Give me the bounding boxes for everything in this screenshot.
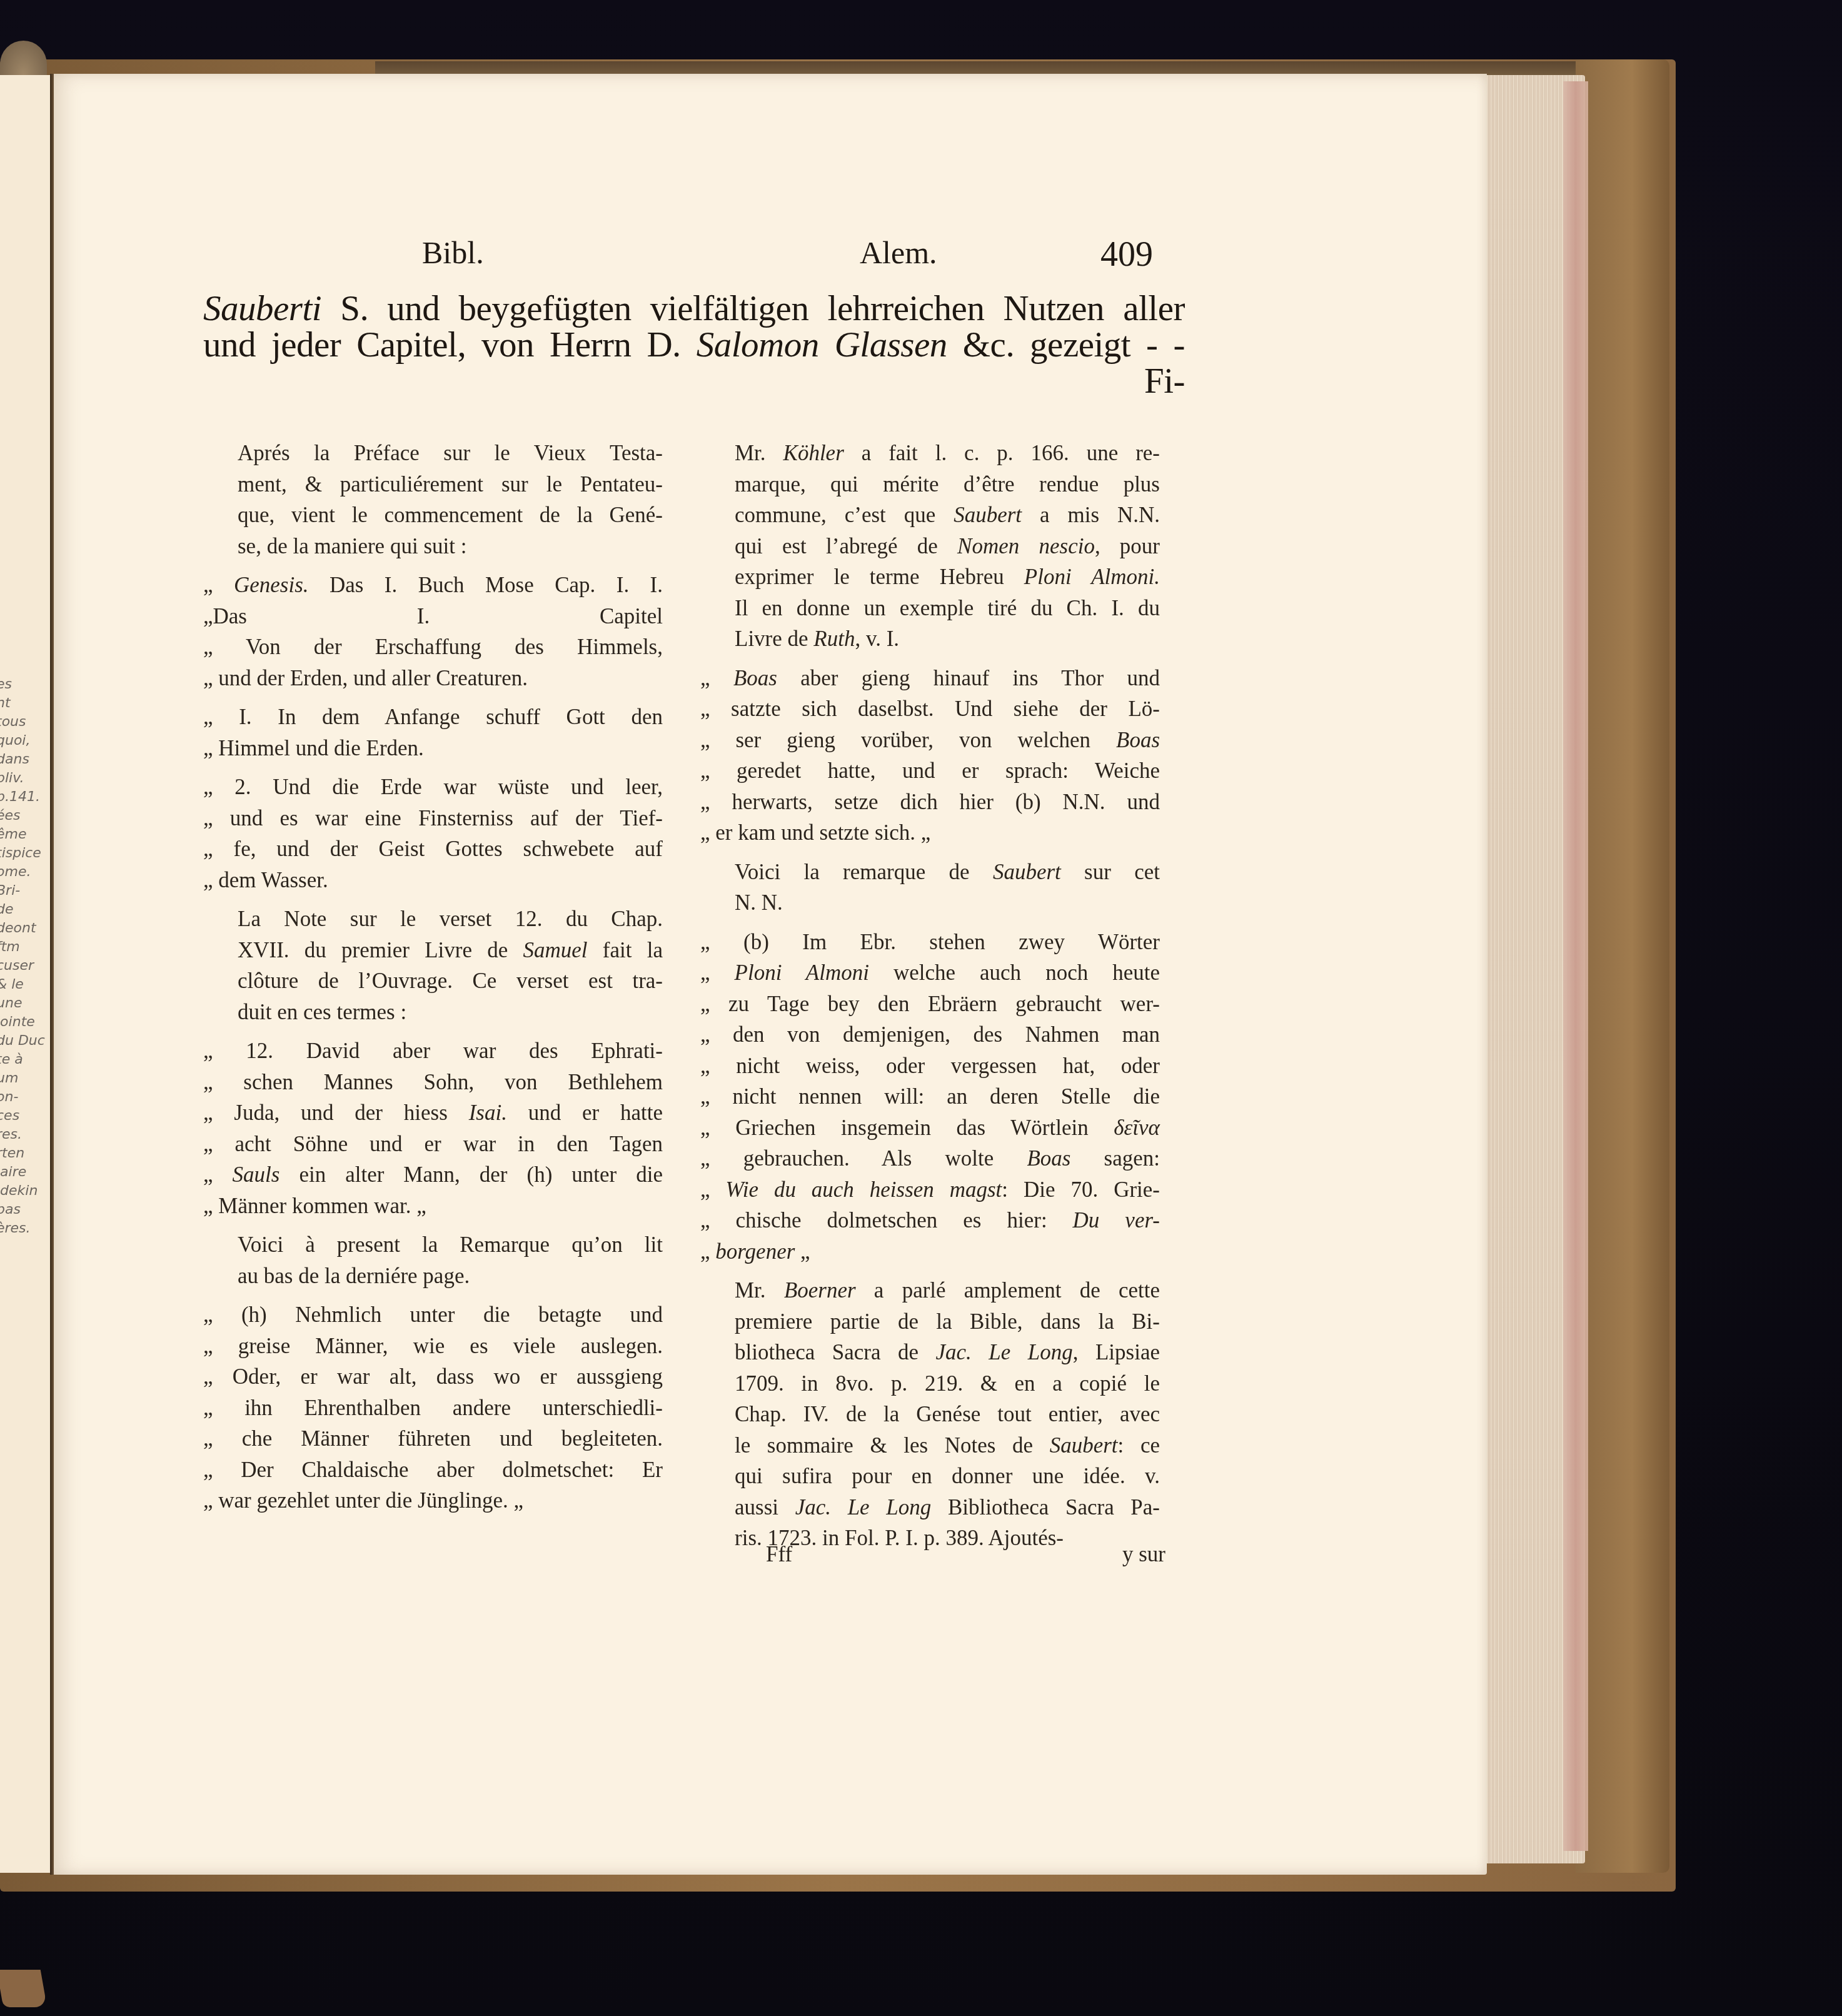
paragraph: Voici la remarque de Saubert sur cetN. N… <box>700 857 1160 919</box>
text-line: Mr. Boerner a parlé amplement de cette <box>700 1275 1160 1306</box>
title-continuation: Sauberti S. und beygefügten vielfältigen… <box>203 291 1185 400</box>
text-line: Mr. Köhler a fait l. c. p. 166. une re- <box>700 438 1160 469</box>
left-column: Aprés la Préface sur le Vieux Testa-ment… <box>203 438 663 1525</box>
text-span: „ Juda, und der hiess <box>203 1101 469 1125</box>
margin-note-line: laire <box>0 1163 50 1182</box>
text-line: Chap. IV. de la Genése tout entier, avec <box>700 1399 1160 1430</box>
text-span: a parlé amplement de cette <box>856 1278 1160 1303</box>
text-line: Aprés la Préface sur le Vieux Testa- <box>203 438 663 469</box>
text-span: „ <box>700 1177 725 1202</box>
text-line: „ Boas aber gieng hinauf ins Thor und <box>700 663 1160 694</box>
margin-note-line: de <box>0 900 50 919</box>
text-span: bliotheca Sacra de <box>735 1340 935 1364</box>
italic-term: Köhler <box>783 441 844 465</box>
text-span: commune, c’est que <box>735 503 954 527</box>
text-line: ment, & particuliérement sur le Pentateu… <box>203 469 663 500</box>
text-line: premiere partie de la Bible, dans la Bi- <box>700 1306 1160 1338</box>
italic-term: Boas <box>1027 1146 1070 1171</box>
italic-term: Jac. Le Long <box>795 1495 932 1520</box>
text-span: „ <box>700 666 733 690</box>
quotation-block: „ Genesis. Das I. Buch Mose Cap. I. I.„D… <box>203 570 663 693</box>
text-line: „ fe, und der Geist Gottes schwebete auf <box>203 834 663 865</box>
italic-term: Nomen nescio <box>957 534 1095 558</box>
text-span: , Lipsiae <box>1073 1340 1160 1364</box>
margin-note-line: tispice <box>0 844 50 863</box>
italic-term: Ploni Almoni <box>735 960 869 985</box>
text-line: commune, c’est que Saubert a mis N.N. <box>700 500 1160 531</box>
text-line: „ ihn Ehrenthalben andere unterschiedli- <box>203 1393 663 1424</box>
margin-note-line: jointe <box>0 1013 50 1032</box>
italic-term: Du ver- <box>1073 1208 1160 1232</box>
italic-term: Boas <box>733 666 777 690</box>
quotation-block: „ (b) Im Ebr. stehen zwey Wörter„ Ploni … <box>700 927 1160 1268</box>
italic-term: Sauls <box>233 1162 280 1187</box>
text-line: „ Griechen insgemein das Wörtlein δεῖνα <box>700 1112 1160 1144</box>
title-italic: Salomon Glassen <box>697 325 947 365</box>
text-line: „ Himmel und die Erden. <box>203 733 663 764</box>
text-span: : Die 70. Grie- <box>1002 1177 1160 1202</box>
text-span: und der Erden, und aller Creaturen. <box>213 666 528 690</box>
catchword: y sur <box>1122 1542 1165 1567</box>
text-line: le sommaire & les Notes de Saubert: ce <box>700 1430 1160 1461</box>
text-line: „ ser gieng vorüber, von welchen Boas <box>700 725 1160 756</box>
text-line: „ zu Tage bey den Ebräern gebraucht wer- <box>700 989 1160 1020</box>
text-span: Voici la remarque de <box>735 860 993 884</box>
title-text: &c. gezeigt - - <box>947 325 1185 365</box>
text-line: Voici la remarque de Saubert sur cet <box>700 857 1160 888</box>
text-span: „ <box>795 1239 810 1264</box>
text-line: marque, qui mérite d’être rendue plus <box>700 469 1160 500</box>
italic-term: δεῖνα <box>1114 1116 1160 1140</box>
text-span: ein alter Mann, der (h) unter die <box>279 1162 663 1187</box>
italic-term: Saubert <box>993 860 1061 884</box>
text-line: „ geredet hatte, und er sprach: Weiche <box>700 755 1160 787</box>
title-line-2: und jeder Capitel, von Herrn D. Salomon … <box>203 327 1185 363</box>
text-span: XVII. du premier Livre de <box>238 938 523 962</box>
text-span: „ <box>203 1162 233 1187</box>
text-line: „ Sauls ein alter Mann, der (h) unter di… <box>203 1159 663 1191</box>
text-line: „ che Männer führeten und begleiteten. <box>203 1423 663 1454</box>
text-line: „ gebrauchen. Als wolte Boas sagen: <box>700 1143 1160 1174</box>
running-head-center: Alem. <box>860 234 937 271</box>
text-span: Mr. <box>735 441 783 465</box>
paragraph: Aprés la Préface sur le Vieux Testa-ment… <box>203 438 663 562</box>
margin-note-line: rten <box>0 1144 50 1163</box>
text-line: XVII. du premier Livre de Samuel fait la <box>203 935 663 966</box>
running-head-left: Bibl. <box>422 234 484 271</box>
margin-note-line: ères. <box>0 1219 50 1238</box>
title-text: S. und beygefügten vielfältigen lehrreic… <box>321 289 1185 328</box>
italic-term: Boerner <box>784 1278 856 1303</box>
text-span: „ <box>700 1239 715 1264</box>
text-line: „ chische dolmetschen es hier: Du ver- <box>700 1205 1160 1236</box>
text-line: Voici à present la Remarque qu’on lit <box>203 1229 663 1261</box>
text-span: Livre de <box>735 627 813 651</box>
text-span: „ <box>203 666 213 690</box>
text-line: exprimer le terme Hebreu Ploni Almoni. <box>700 562 1160 593</box>
text-line: au bas de la derniére page. <box>203 1261 663 1292</box>
italic-term: Ruth <box>813 627 855 651</box>
text-span: fait la <box>588 938 663 962</box>
text-line: „ Juda, und der hiess Isai. und er hatte <box>203 1097 663 1129</box>
text-span: „ <box>700 960 735 985</box>
text-span: aber gieng hinauf ins Thor und <box>777 666 1160 690</box>
text-span: aussi <box>735 1495 795 1520</box>
quotation-block: „ I. In dem Anfange schuff Gott den„ Him… <box>203 702 663 764</box>
text-span: Das I. Buch Mose Cap. I. I. <box>309 573 663 597</box>
margin-note-line: res. <box>0 1126 50 1144</box>
margin-note-line: ées <box>0 807 50 825</box>
text-line: qui sufira pour en donner une idée. v. <box>700 1461 1160 1492</box>
text-span: , pour <box>1095 534 1160 558</box>
text-line: „ Ploni Almoni welche auch noch heute <box>700 957 1160 989</box>
text-line: „Das I. Capitel <box>203 601 663 632</box>
margin-note-line: es <box>0 675 50 694</box>
text-line: 1709. in 8vo. p. 219. & en a copié le <box>700 1368 1160 1399</box>
margin-note-line: ome. <box>0 863 50 882</box>
text-span: , v. I. <box>855 627 899 651</box>
text-span: : ce <box>1118 1433 1160 1458</box>
text-line: Il en donne un exemple tiré du Ch. I. du <box>700 593 1160 624</box>
margin-note-line: ême <box>0 825 50 844</box>
quotation-block: „ 2. Und die Erde war wüste und leer,„ u… <box>203 772 663 895</box>
text-span: a mis N.N. <box>1022 503 1160 527</box>
margin-note-line: deont <box>0 919 50 938</box>
text-span: „ <box>203 635 213 659</box>
text-span: welche auch noch heute <box>869 960 1160 985</box>
text-span: „ <box>203 573 234 597</box>
text-line: Livre de Ruth, v. I. <box>700 623 1160 655</box>
text-line: „ satzte sich daselbst. Und siehe der Lö… <box>700 693 1160 725</box>
margin-note-line: te à <box>0 1051 50 1069</box>
text-span: qui est l’abregé de <box>735 534 957 558</box>
right-column: Mr. Köhler a fait l. c. p. 166. une re-m… <box>700 438 1160 1562</box>
text-span: sagen: <box>1070 1146 1160 1171</box>
text-span: Bibliotheca Sacra Pa- <box>931 1495 1160 1520</box>
margin-note-line: cuser <box>0 957 50 975</box>
text-line: „ und der Erden, und aller Creaturen. <box>203 663 663 694</box>
italic-term: borgener <box>715 1239 795 1264</box>
text-line: „ den von demjenigen, des Nahmen man <box>700 1019 1160 1051</box>
text-span: „ chische dolmetschen es hier: <box>700 1208 1073 1232</box>
text-line: N. N. <box>700 887 1160 919</box>
text-line: „ (b) Im Ebr. stehen zwey Wörter <box>700 927 1160 958</box>
sprinkled-red-edge <box>1563 81 1588 1851</box>
paragraph: La Note sur le verset 12. du Chap.XVII. … <box>203 904 663 1027</box>
text-line: se, de la maniere qui suit : <box>203 531 663 562</box>
text-line: duit en ces termes : <box>203 997 663 1028</box>
italic-term: Isai. <box>469 1101 507 1125</box>
text-span: Von der Erschaffung des Himmels, <box>213 635 663 659</box>
margin-note-line: ftm <box>0 938 50 957</box>
margin-note-line: p.141. <box>0 788 50 807</box>
text-line: bliotheca Sacra de Jac. Le Long, Lipsiae <box>700 1337 1160 1368</box>
page-number: 409 <box>1100 234 1153 275</box>
text-span: le sommaire & les Notes de <box>735 1433 1050 1458</box>
margin-note-line: tous <box>0 713 50 732</box>
text-span: exprimer le terme Hebreu <box>735 565 1024 589</box>
text-span: „ gebrauchen. Als wolte <box>700 1146 1027 1171</box>
margin-note-line: du Duc <box>0 1032 50 1051</box>
paragraph: Voici à present la Remarque qu’on litau … <box>203 1229 663 1291</box>
text-line: „ war gezehlet unter die Jünglinge. „ <box>203 1485 663 1516</box>
text-line: clôture de l’Ouvrage. Ce verset est tra- <box>203 965 663 997</box>
text-span: Das I. Capitel <box>213 604 663 628</box>
margin-note-line: & le <box>0 975 50 994</box>
margin-note-line: quoi, <box>0 732 50 750</box>
margin-note-line: on- <box>0 1088 50 1107</box>
text-span: „ <box>203 604 213 628</box>
margin-note-line: bliv. <box>0 769 50 788</box>
text-line: „ Männer kommen war. „ <box>203 1191 663 1222</box>
text-line: „ I. In dem Anfange schuff Gott den <box>203 702 663 733</box>
text-span: und er hatte <box>507 1101 663 1125</box>
text-line: „ herwarts, setze dich hier (b) N.N. und <box>700 787 1160 818</box>
text-line: „ greise Männer, wie es viele auslegen. <box>203 1331 663 1362</box>
italic-term: Jac. Le Long <box>935 1340 1072 1364</box>
margin-note-line: um <box>0 1069 50 1088</box>
quotation-block: „ Boas aber gieng hinauf ins Thor und„ s… <box>700 663 1160 849</box>
title-italic: Sauberti <box>203 289 321 328</box>
text-line: La Note sur le verset 12. du Chap. <box>203 904 663 935</box>
italic-term: Wie du auch heissen magst <box>725 1177 1002 1202</box>
title-catchword: Fi- <box>203 363 1185 400</box>
text-line: „ dem Wasser. <box>203 865 663 896</box>
italic-term: Samuel <box>523 938 588 962</box>
italic-term: Ploni Almoni. <box>1024 565 1160 589</box>
text-line: „ (h) Nehmlich unter die betagte und <box>203 1299 663 1331</box>
title-text: und jeder Capitel, von Herrn D. <box>203 325 697 365</box>
text-span: Mr. <box>735 1278 784 1303</box>
text-span: „ Griechen insgemein das Wörtlein <box>700 1116 1114 1140</box>
text-line: qui est l’abregé de Nomen nescio, pour <box>700 531 1160 562</box>
margin-note-line: dans <box>0 750 50 769</box>
margin-note-line: ces <box>0 1107 50 1126</box>
italic-term: Boas <box>1116 728 1160 752</box>
facing-page-sliver: esnttousquoi,dansbliv.p.141.éesêmetispic… <box>0 75 51 1873</box>
spine-tailcap <box>0 1970 47 2007</box>
text-span: „ ser gieng vorüber, von welchen <box>700 728 1116 752</box>
margin-note-line: idekin <box>0 1182 50 1201</box>
margin-note-line: une <box>0 994 50 1013</box>
italic-term: Saubert <box>954 503 1022 527</box>
text-line: „ und es war eine Finsterniss auf der Ti… <box>203 803 663 834</box>
text-line: „ er kam und setzte sich. „ <box>700 817 1160 849</box>
text-line: „ Wie du auch heissen magst: Die 70. Gri… <box>700 1174 1160 1206</box>
paragraph: Mr. Köhler a fait l. c. p. 166. une re-m… <box>700 438 1160 655</box>
handwritten-margin-notes: esnttousquoi,dansbliv.p.141.éesêmetispic… <box>0 675 50 1238</box>
text-line: „ Von der Erschaffung des Himmels, <box>203 632 663 663</box>
margin-note-line: Bri- <box>0 882 50 900</box>
text-span: a fait l. c. p. 166. une re- <box>844 441 1160 465</box>
text-line: „ schen Mannes Sohn, von Bethlehem <box>203 1067 663 1098</box>
text-line: aussi Jac. Le Long Bibliotheca Sacra Pa- <box>700 1492 1160 1523</box>
text-line: „ 12. David aber war des Ephrati- <box>203 1036 663 1067</box>
text-line: „ 2. Und die Erde war wüste und leer, <box>203 772 663 803</box>
text-line: que, vient le commencement de la Gené- <box>203 500 663 531</box>
book-cover-fore-edge <box>1576 59 1669 1873</box>
text-line: „ Der Chaldaische aber dolmetschet: Er <box>203 1454 663 1486</box>
signature-mark: Fff <box>766 1542 792 1567</box>
text-line: „ borgener „ <box>700 1236 1160 1268</box>
margin-note-line: pas <box>0 1201 50 1219</box>
margin-note-line: nt <box>0 694 50 713</box>
text-line: „ nicht weiss, oder vergessen hat, oder <box>700 1051 1160 1082</box>
text-line: „ Genesis. Das I. Buch Mose Cap. I. I. <box>203 570 663 601</box>
text-line: „ nicht nennen will: an deren Stelle die <box>700 1081 1160 1112</box>
text-line: „ Oder, er war alt, dass wo er aussgieng <box>203 1361 663 1393</box>
quotation-block: „ 12. David aber war des Ephrati-„ schen… <box>203 1036 663 1221</box>
text-line: „ acht Söhne und er war in den Tagen <box>203 1129 663 1160</box>
text-span: sur cet <box>1061 860 1160 884</box>
title-line-1: Sauberti S. und beygefügten vielfältigen… <box>203 291 1185 327</box>
quotation-block: „ (h) Nehmlich unter die betagte und„ gr… <box>203 1299 663 1516</box>
paragraph: Mr. Boerner a parlé amplement de cettepr… <box>700 1275 1160 1554</box>
italic-term: Genesis. <box>234 573 309 597</box>
italic-term: Saubert <box>1050 1433 1118 1458</box>
